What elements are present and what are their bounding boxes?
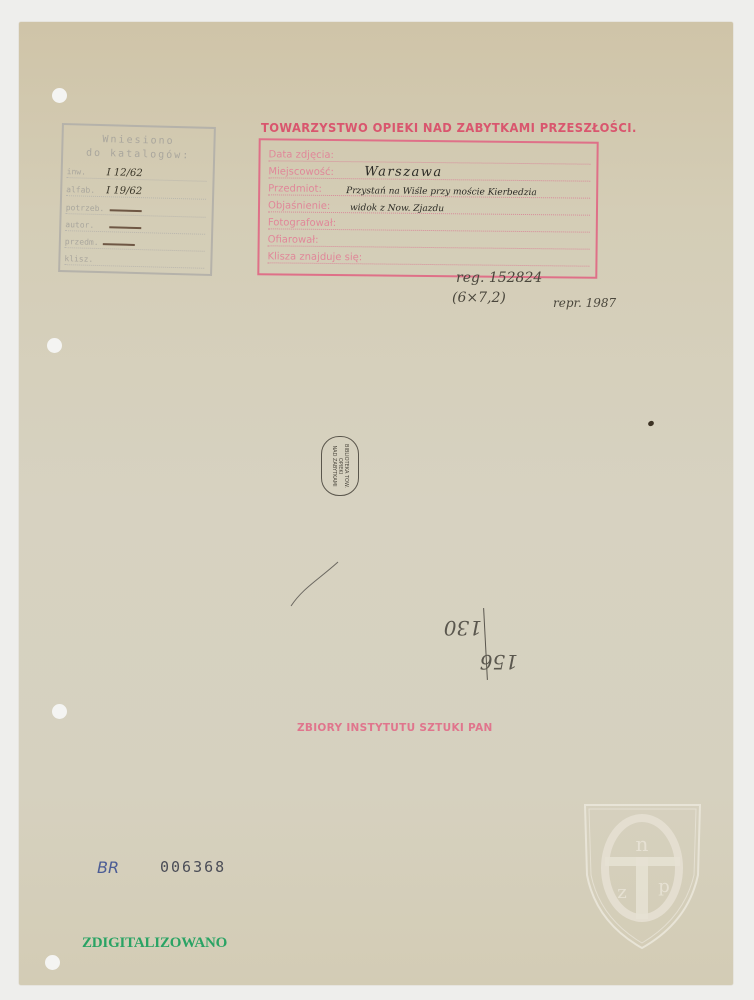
inventory-number: 006368 [160, 858, 226, 876]
catalogue-row: klisz. [64, 250, 204, 269]
catalogue-value: I 12/62 [107, 167, 143, 179]
collection-stamp: ZBIORY INSTYTUTU SZTUKI PAN [297, 722, 493, 734]
form-row-date: Data zdjęcia: [268, 145, 590, 164]
society-stamp-title: TOWARZYSTWO OPIEKI NAD ZABYTKAMI PRZESZŁ… [261, 121, 637, 136]
catalogue-row: autor. [65, 216, 205, 235]
subject-value: Przystań na Wiśle przy moście Kierbedzia [346, 186, 537, 198]
digitized-label: ZDIGITALIZOWANO [82, 935, 227, 952]
svg-text:n: n [636, 832, 649, 856]
form-row-subject: Przedmiot: Przystań na Wiśle przy moście… [268, 179, 590, 198]
inventory-prefix: BR [97, 858, 119, 877]
catalogue-stamp: Wniesiono do katalogów: inw. I 12/62 alf… [58, 123, 216, 276]
fraction-top: 130 [444, 616, 482, 640]
fraction-annotation: 156 130 [452, 602, 522, 682]
punch-hole [47, 338, 62, 353]
catalogue-row: potrzeb. [66, 199, 206, 218]
form-row-negative: Klisza znajduje się: [267, 247, 589, 266]
ntzp-watermark-icon: n z p [580, 800, 705, 950]
form-row-photographer: Fotografował: [268, 213, 590, 232]
punch-hole [52, 88, 67, 103]
form-row-place: Miejscowość: Warszawa [268, 162, 590, 181]
catalogue-row: przedm. [65, 233, 205, 252]
form-row-donor: Ofiarował: [268, 230, 590, 249]
repr-note: repr. 1987 [553, 296, 616, 310]
svg-text:p: p [658, 876, 670, 897]
dash-mark [103, 243, 135, 246]
reg-number: reg. 152824 [456, 270, 542, 286]
punch-hole [52, 704, 67, 719]
size-note: (6×7,2) [452, 290, 506, 306]
dash-mark [109, 226, 141, 229]
form-row-explanation: Objaśnienie: widok z Now. Zjazdu [268, 196, 590, 215]
catalogue-row: inw. I 12/62 [67, 163, 207, 182]
svg-text:z: z [617, 882, 626, 903]
catalogue-value: I 19/62 [106, 185, 142, 197]
pencil-stroke [288, 558, 343, 610]
catalogue-stamp-subtitle: do katalogów: [63, 147, 213, 162]
library-stamp: BIBLIOTEKA TOW. OPIEKI NAD ZABYTKAMI [321, 436, 359, 496]
place-value: Warszawa [364, 164, 443, 180]
catalogue-row: alfab. I 19/62 [66, 181, 206, 200]
dash-mark [110, 209, 142, 212]
society-stamp-form: Data zdjęcia: Miejscowość: Warszawa Prze… [257, 138, 598, 279]
catalogue-stamp-title: Wniesiono [63, 133, 213, 148]
explanation-value: widok z Now. Zjazdu [350, 203, 444, 214]
punch-hole [45, 955, 60, 970]
